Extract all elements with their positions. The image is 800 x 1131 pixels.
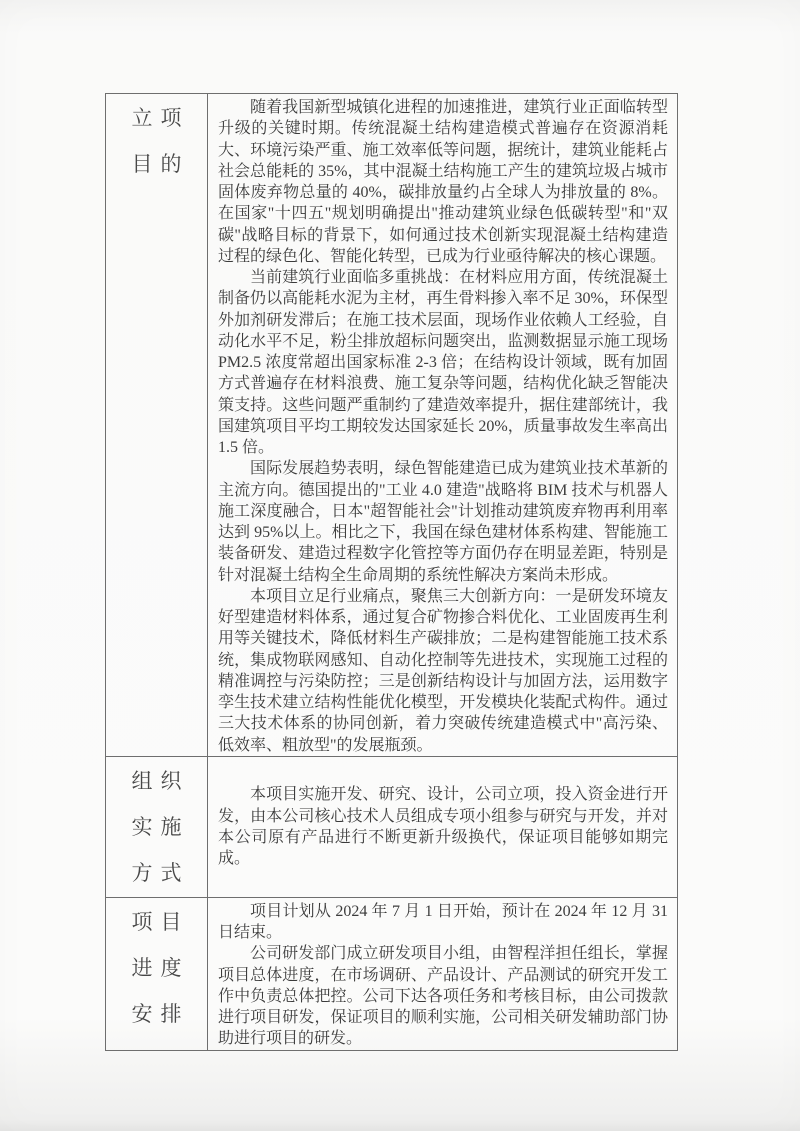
paragraph: 当前建筑行业面临多重挑战：在材料应用方面，传统混凝土制备仍以高能耗水泥为主材，再… [218,267,668,458]
row-header-line: 项目 [107,899,206,945]
project-proposal-table: 立项 目的 随着我国新型城镇化进程的加速推进，建筑行业正面临转型升级的关键时期。… [105,93,678,1051]
row-header-line: 方式 [107,850,206,896]
row-header-implementation-method: 组织 实施 方式 [106,756,208,897]
table-row-project-purpose: 立项 目的 随着我国新型城镇化进程的加速推进，建筑行业正面临转型升级的关键时期。… [106,94,678,757]
row-content-project-schedule: 项目计划从 2024 年 7 月 1 日开始，预计在 2024 年 12 月 3… [208,897,678,1050]
row-header-line: 实施 [107,804,206,850]
row-content-implementation-method: 本项目实施开发、研究、设计，公司立项，投入资金进行开发，由本公司核心技术人员组成… [208,756,678,897]
scanned-document-page: 立项 目的 随着我国新型城镇化进程的加速推进，建筑行业正面临转型升级的关键时期。… [0,0,800,1131]
row-header-line: 立项 [107,95,206,141]
paragraph: 本项目实施开发、研究、设计，公司立项，投入资金进行开发，由本公司核心技术人员组成… [218,784,668,869]
paragraph: 随着我国新型城镇化进程的加速推进，建筑行业正面临转型升级的关键时期。传统混凝土结… [218,97,668,267]
row-header-line: 组织 [107,758,206,804]
paragraph: 国际发展趋势表明，绿色智能建造已成为建筑业技术革新的主流方向。德国提出的"工业 … [218,458,668,586]
row-header-line: 目的 [107,141,206,187]
row-header-project-schedule: 项目 进度 安排 [106,897,208,1050]
paragraph: 本项目立足行业痛点，聚焦三大创新方向：一是研发环境友好型建造材料体系，通过复合矿… [218,586,668,756]
row-header-line: 安排 [107,991,206,1037]
row-header-line: 进度 [107,945,206,991]
table-row-implementation-method: 组织 实施 方式 本项目实施开发、研究、设计，公司立项，投入资金进行开发，由本公… [106,756,678,897]
table-row-project-schedule: 项目 进度 安排 项目计划从 2024 年 7 月 1 日开始，预计在 2024… [106,897,678,1050]
row-header-project-purpose: 立项 目的 [106,94,208,757]
paragraph: 公司研发部门成立研发项目小组，由智程洋担任组长，掌握项目总体进度，在市场调研、产… [218,943,668,1049]
row-content-project-purpose: 随着我国新型城镇化进程的加速推进，建筑行业正面临转型升级的关键时期。传统混凝土结… [208,94,678,757]
paragraph: 项目计划从 2024 年 7 月 1 日开始，预计在 2024 年 12 月 3… [218,901,668,944]
